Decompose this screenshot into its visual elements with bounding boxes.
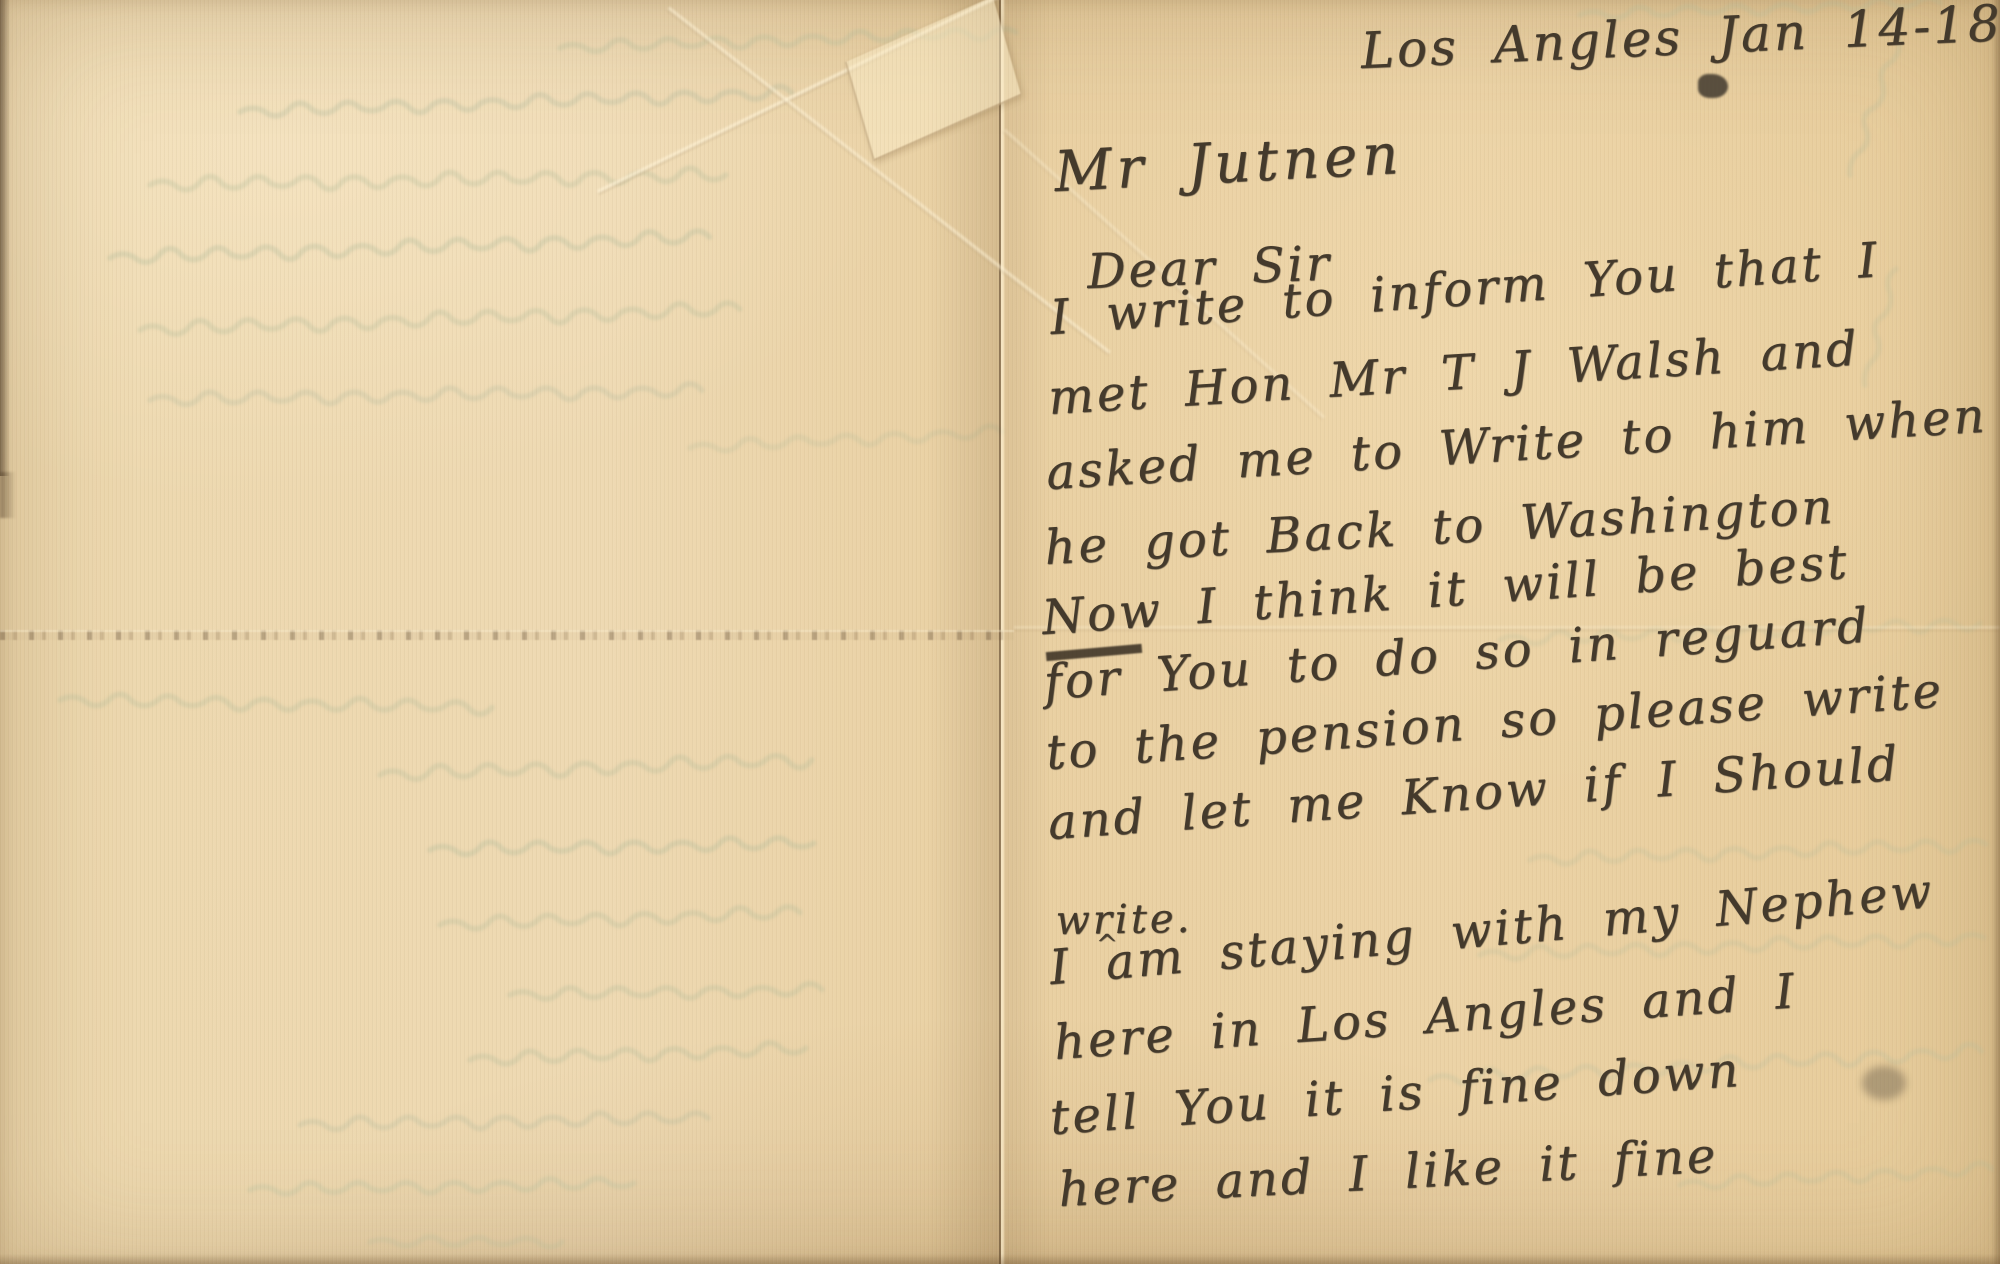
- paper-edge-shadow-right: [1992, 0, 2000, 1264]
- paper-edge-shadow-left: [0, 0, 10, 476]
- recipient-text: Mr Jutnen: [1053, 122, 1405, 205]
- ink-smudge: [1862, 1066, 1906, 1100]
- paper-edge-nick: [0, 472, 16, 518]
- horizontal-crease-left-page: [0, 630, 1014, 640]
- ink-blot: [1698, 74, 1728, 98]
- letter-scan: Los Angles Jan 14-18 Mr Jutnen Dear Sir …: [0, 0, 2000, 1264]
- body-line: I am staying with my Nephew: [1047, 863, 1936, 996]
- dateline-text: Los Angles Jan 14-18: [1359, 0, 2000, 80]
- paper-edge-shadow-bottom: [0, 1254, 2000, 1264]
- body-line: here and I like it fine: [1057, 1128, 1719, 1218]
